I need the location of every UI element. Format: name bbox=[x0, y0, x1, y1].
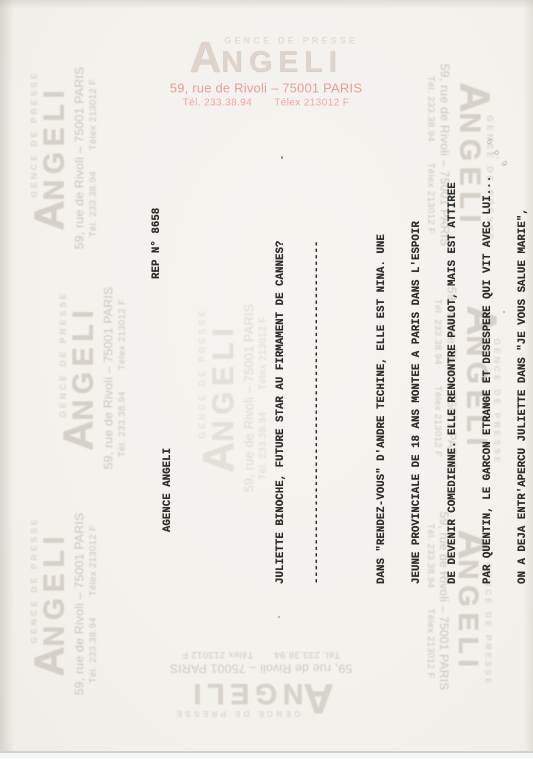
contact-line: Tél. 233.38.94 Télex 213012 F bbox=[118, 278, 128, 478]
telex-number: Télex 213012 F bbox=[118, 299, 128, 370]
brand-name: NGELI bbox=[39, 531, 70, 647]
phone-number: Tél. 233.38.94 bbox=[183, 99, 253, 109]
contact-line: Tél. 233.38.94 Télex 213012 F bbox=[161, 99, 371, 109]
letterhead-ghost-bottom-center: ANGELI GENCE DE PRESSE 59, rue de Rivoli… bbox=[161, 649, 361, 718]
brand-letter-a: A bbox=[55, 421, 102, 451]
letterhead-ghost-left-bottom: ANGELI GENCE DE PRESSE 59, rue de Rivoli… bbox=[29, 504, 98, 704]
reference-row: AGENCE ANGELI REP N° 8658 bbox=[152, 176, 199, 584]
scan-speck bbox=[503, 311, 505, 313]
typed-line: JEUNE PROVINCIALE DE 18 ANS MONTEE A PAR… bbox=[412, 176, 424, 584]
brand-letter-a: A bbox=[189, 33, 221, 82]
brand-letter-a: A bbox=[26, 201, 73, 231]
contact-line: Tél. 233.38.94 Télex 213012 F bbox=[89, 504, 99, 704]
brand-name: NGELI bbox=[68, 305, 99, 421]
address-line: 59, rue de Rivoli – 75001 PARIS bbox=[73, 58, 85, 258]
reference-number: REP N° 8658 bbox=[152, 208, 164, 279]
telex-number: Télex 213012 F bbox=[182, 649, 253, 659]
typed-line: DE DEVENIR COMEDIENNE. ELLE RENCONTRE PA… bbox=[448, 176, 460, 584]
brand-name: NGELI bbox=[39, 85, 70, 201]
phone-number: Tél. 233.38.94 bbox=[118, 391, 128, 457]
letterhead-main: ANGELI GENCE DE PRESSE 59, rue de Rivoli… bbox=[161, 36, 371, 109]
address-line: 59, rue de Rivoli – 75001 PARIS bbox=[161, 663, 361, 675]
brand-logo: ANGELI GENCE DE PRESSE bbox=[29, 85, 71, 231]
brand-logo: ANGELI GENCE DE PRESSE bbox=[189, 36, 342, 80]
brand-logo: ANGELI GENCE DE PRESSE bbox=[29, 531, 71, 677]
contact-line: Tél. 233.38.94 Télex 213012 F bbox=[161, 649, 361, 659]
brand-tagline: GENCE DE PRESSE bbox=[173, 709, 300, 718]
typed-line: PAR QUENTIN, LE GARCON ETRANGE ET DESESP… bbox=[483, 176, 495, 584]
letterhead-ghost-left-top: ANGELI GENCE DE PRESSE 59, rue de Rivoli… bbox=[29, 58, 98, 258]
agency-name: AGENCE ANGELI bbox=[162, 448, 174, 532]
phone-number: Tél. 233.38.94 bbox=[274, 649, 340, 659]
address-line: 59, rue de Rivoli – 75001 PARIS bbox=[73, 504, 85, 704]
brand-tagline: GENCE DE PRESSE bbox=[59, 290, 68, 417]
address-line: 59, rue de Rivoli – 75001 PARIS bbox=[102, 278, 114, 478]
contact-line: Tél. 233.38.94 Télex 213012 F bbox=[89, 58, 99, 258]
body-paragraph-1: DANS "RENDEZ-VOUS" D'ANDRE TECHINE, ELLE… bbox=[353, 176, 533, 584]
scanned-press-sheet: ANGELI GENCE DE PRESSE 59, rue de Rivoli… bbox=[0, 0, 533, 759]
phone-number: Tél. 233.38.94 bbox=[89, 617, 99, 683]
telex-number: Télex 213012 F bbox=[89, 79, 99, 150]
brand-tagline: GENCE DE PRESSE bbox=[224, 37, 358, 46]
brand-tagline: GENCE DE PRESSE bbox=[30, 70, 39, 197]
headline-underline: ----------------------------------------… bbox=[312, 176, 324, 584]
brand-name: NGELI bbox=[221, 46, 343, 79]
typed-document: AGENCE ANGELI REP N° 8658 JULIETTE BINOC… bbox=[128, 176, 330, 584]
telex-number: Télex 213012 F bbox=[425, 609, 434, 679]
brand-tagline: GENCE DE PRESSE bbox=[30, 516, 39, 643]
typed-line: DANS "RENDEZ-VOUS" D'ANDRE TECHINE, ELLE… bbox=[377, 176, 389, 584]
brand-letter-a: A bbox=[304, 675, 334, 722]
telex-number: Télex 213012 F bbox=[274, 99, 349, 109]
phone-number: Tél. 233.38.94 bbox=[425, 76, 435, 142]
typed-text-block: AGENCE ANGELI REP N° 8658 JULIETTE BINOC… bbox=[128, 176, 330, 584]
scan-speck bbox=[281, 156, 283, 159]
scan-speck bbox=[278, 616, 280, 618]
brand-logo: ANGELI GENCE DE PRESSE bbox=[58, 305, 100, 451]
address-line: 59, rue de Rivoli – 75001 PARIS bbox=[161, 82, 371, 95]
brand-letter-a: A bbox=[451, 82, 498, 112]
brand-name: NGELI bbox=[188, 678, 304, 709]
brand-letter-a: A bbox=[26, 647, 73, 677]
headline: JULIETTE BINOCHE, FUTURE STAR AU FIRMAME… bbox=[276, 176, 288, 584]
typed-line: ON A DEJA ENTR'APERCU JULIETTE DANS "JE … bbox=[518, 176, 530, 584]
scanner-bed-edge bbox=[0, 751, 533, 759]
brand-logo: ANGELI GENCE DE PRESSE bbox=[188, 677, 334, 719]
phone-number: Tél. 233.38.94 bbox=[89, 171, 99, 237]
telex-number: Télex 213012 F bbox=[89, 525, 99, 596]
letterhead-ghost-left-middle: ANGELI GENCE DE PRESSE 59, rue de Rivoli… bbox=[58, 278, 127, 478]
